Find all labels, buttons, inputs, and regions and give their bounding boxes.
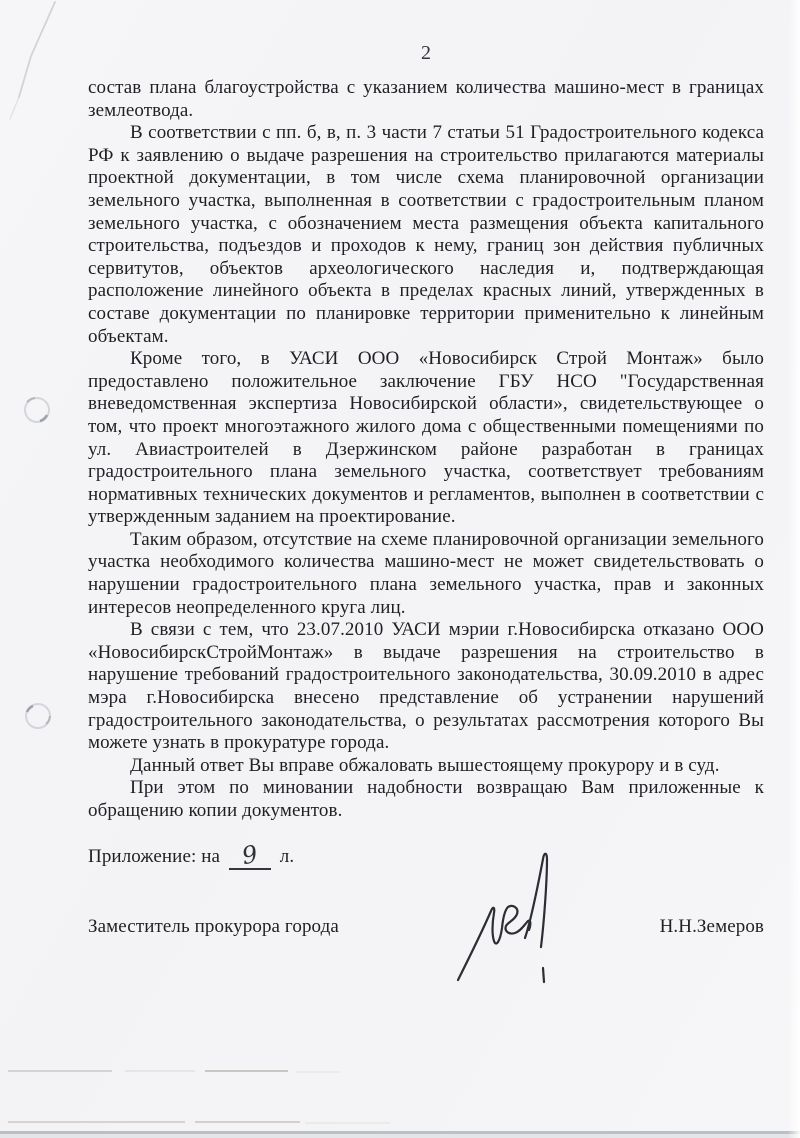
attachment-sheets-count-handwritten: 9 xyxy=(241,844,259,864)
punch-hole-mark xyxy=(25,398,49,422)
paragraph: Данный ответ Вы вправе обжаловать вышест… xyxy=(88,755,764,778)
paragraph: В связи с тем, что 23.07.2010 УАСИ мэрии… xyxy=(88,619,764,755)
scanned-document-page: 2 состав плана благоустройства с указани… xyxy=(0,0,800,1138)
signature-row: Заместитель прокурора города Н.Н.Земеров xyxy=(88,916,764,939)
paragraph: В соответствии с пп. б, в, п. 3 части 7 … xyxy=(88,122,764,348)
punch-hole-mark xyxy=(46,716,50,724)
attachment-line: Приложение: на 9 л. xyxy=(88,845,764,871)
paragraph: Таким образом, отсутствие на схеме плани… xyxy=(88,529,764,619)
punch-hole-mark xyxy=(26,704,50,728)
attachment-unit-label: л. xyxy=(280,846,294,867)
paragraph: состав плана благоустройства с указанием… xyxy=(88,77,764,122)
punch-hole-mark xyxy=(27,706,33,712)
attachment-sheets-blank: 9 xyxy=(229,845,271,871)
document-body: состав плана благоустройства с указанием… xyxy=(88,77,764,939)
signatory-position: Заместитель прокурора города xyxy=(88,916,339,939)
attachment-label: Приложение: на xyxy=(88,846,220,867)
paragraph: Кроме того, в УАСИ ООО «Новосибирск Стро… xyxy=(88,348,764,529)
paragraph: При этом по миновании надобности возвращ… xyxy=(88,777,764,822)
signature-autograph-icon xyxy=(446,850,566,1005)
punch-hole-mark xyxy=(40,415,47,421)
punch-hole-mark xyxy=(27,398,35,402)
page-bottom-edge-shadow xyxy=(0,1131,800,1134)
document-paragraphs: состав плана благоустройства с указанием… xyxy=(88,77,764,823)
page-bottom-edge xyxy=(0,1134,800,1138)
corner-crease-mark xyxy=(10,97,19,119)
signatory-name: Н.Н.Земеров xyxy=(660,916,764,939)
page-number: 2 xyxy=(0,42,800,65)
